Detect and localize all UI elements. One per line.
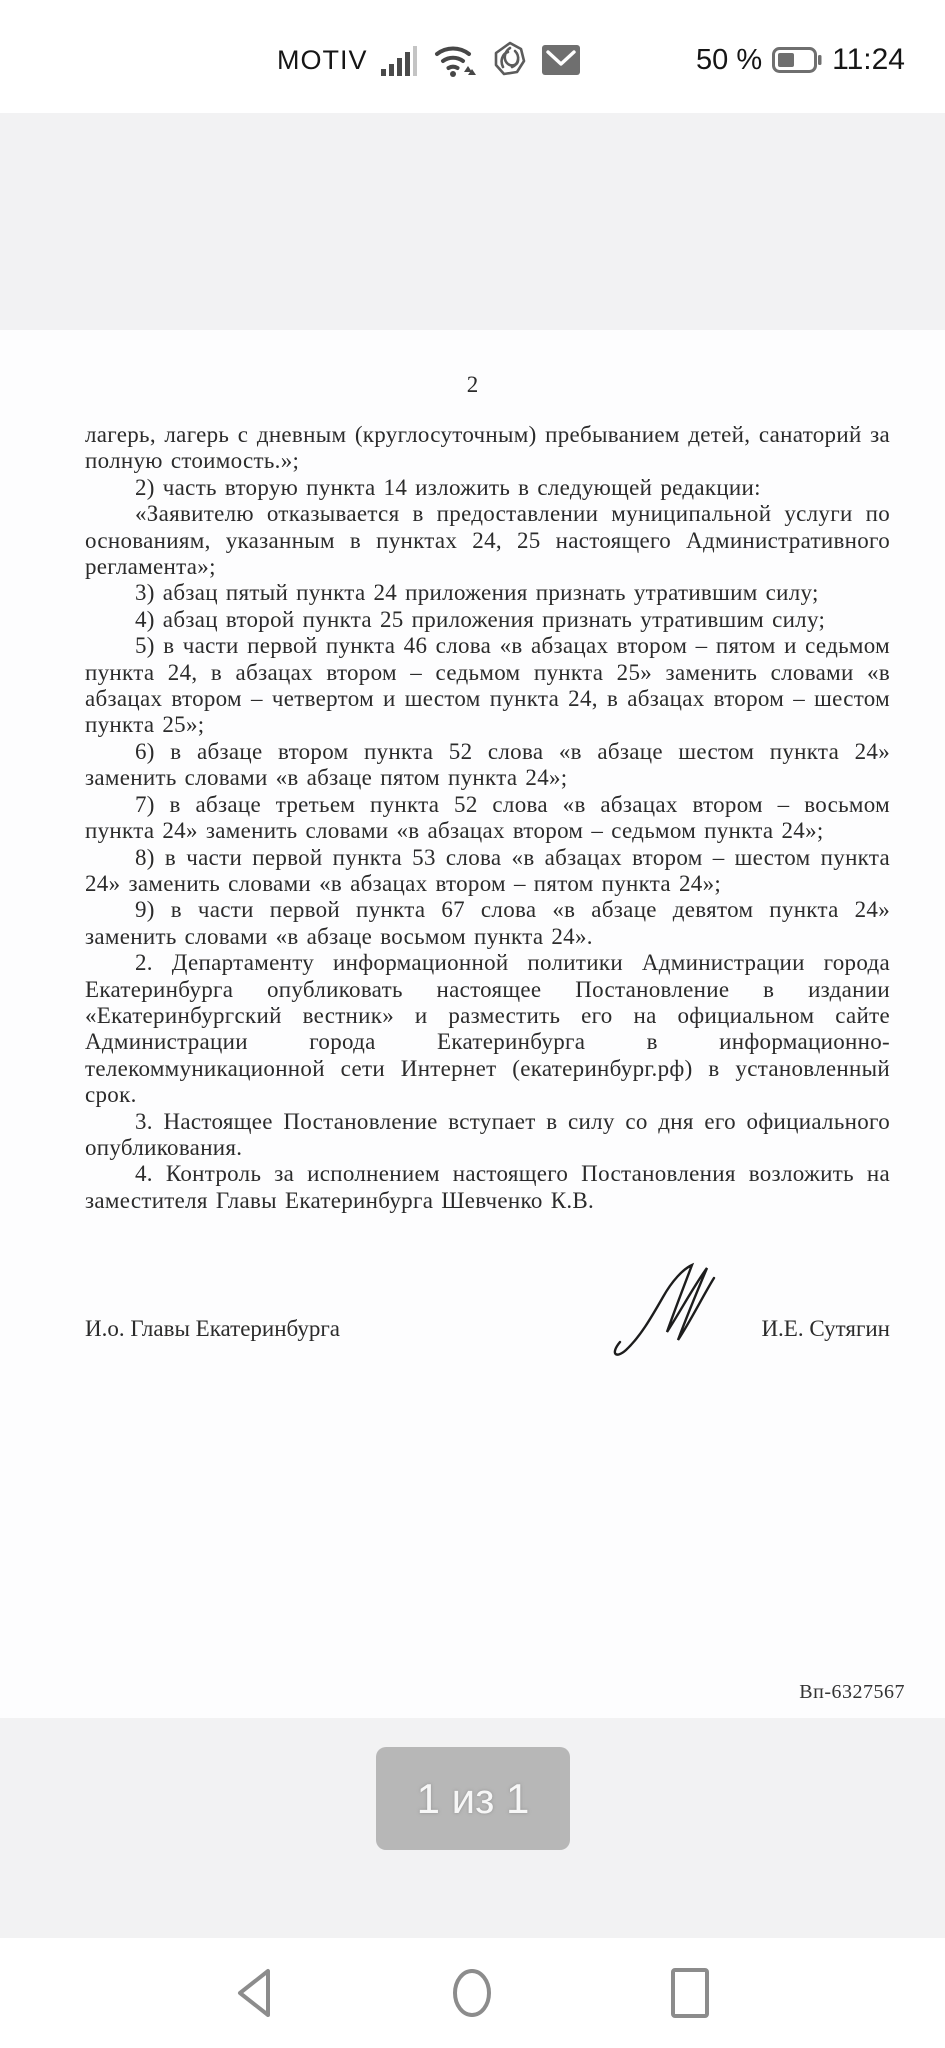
clock-label: 11:24: [832, 43, 905, 77]
recents-icon: [668, 1966, 712, 2020]
document-paragraph: 2) часть вторую пункта 14 изложить в сле…: [85, 475, 890, 501]
signer-position-label: И.о. Главы Екатеринбурга: [85, 1316, 340, 1342]
back-icon: [234, 1967, 276, 2019]
phone-screen: MOTIV: [0, 0, 945, 2048]
status-bar-left: MOTIV: [277, 38, 580, 82]
document-paragraph: 4. Контроль за исполнением настоящего По…: [85, 1161, 890, 1214]
carrier-label: MOTIV: [277, 45, 368, 76]
document-paragraph: 2. Департаменту информационной политики …: [85, 950, 890, 1108]
document-paragraph: 6) в абзаце втором пункта 52 слова «в аб…: [85, 739, 890, 792]
document-paragraph: лагерь, лагерь с дневным (круглосуточным…: [85, 422, 890, 475]
battery-icon: [772, 47, 822, 73]
recents-button[interactable]: [630, 1938, 750, 2048]
page-number: 2: [0, 372, 945, 398]
document-paragraph: 9) в части первой пункта 67 слова «в абз…: [85, 897, 890, 950]
wifi-icon: [434, 42, 478, 78]
signature-row: И.о. Главы Екатеринбурга И.Е. Сутягин: [85, 1260, 890, 1342]
document-page[interactable]: 2 лагерь, лагерь с дневным (круглосуточн…: [0, 330, 945, 1718]
document-paragraph: «Заявителю отказывается в предоставлении…: [85, 501, 890, 580]
document-body: лагерь, лагерь с дневным (круглосуточным…: [85, 422, 890, 1214]
status-bar-right: 50 % 11:24: [696, 38, 905, 82]
android-navigation-bar: [0, 1938, 945, 2048]
signer-name-label: И.Е. Сутягин: [761, 1316, 890, 1342]
battery-percent-label: 50 %: [696, 44, 762, 77]
document-paragraph: 4) абзац второй пункта 25 приложения при…: [85, 607, 890, 633]
home-icon: [450, 1967, 494, 2019]
document-paragraph: 5) в части первой пункта 46 слова «в абз…: [85, 633, 890, 739]
document-code: Вп-6327567: [799, 1681, 905, 1704]
document-paragraph: 3. Настоящее Постановление вступает в си…: [85, 1109, 890, 1162]
document-viewer[interactable]: 2 лагерь, лагерь с дневным (круглосуточн…: [0, 113, 945, 1938]
sync-swirl-icon: [491, 41, 529, 79]
back-button[interactable]: [195, 1938, 315, 2048]
signal-strength-icon: [381, 43, 421, 77]
status-bar: MOTIV: [0, 0, 945, 113]
handwritten-signature-icon: [606, 1260, 731, 1360]
document-paragraph: 7) в абзаце третьем пункта 52 слова «в а…: [85, 792, 890, 845]
document-paragraph: 8) в части первой пункта 53 слова «в абз…: [85, 845, 890, 898]
mail-icon: [542, 45, 580, 75]
document-paragraph: 3) абзац пятый пункта 24 приложения приз…: [85, 580, 890, 606]
page-indicator-badge: 1 из 1: [376, 1747, 570, 1850]
home-button[interactable]: [412, 1938, 532, 2048]
